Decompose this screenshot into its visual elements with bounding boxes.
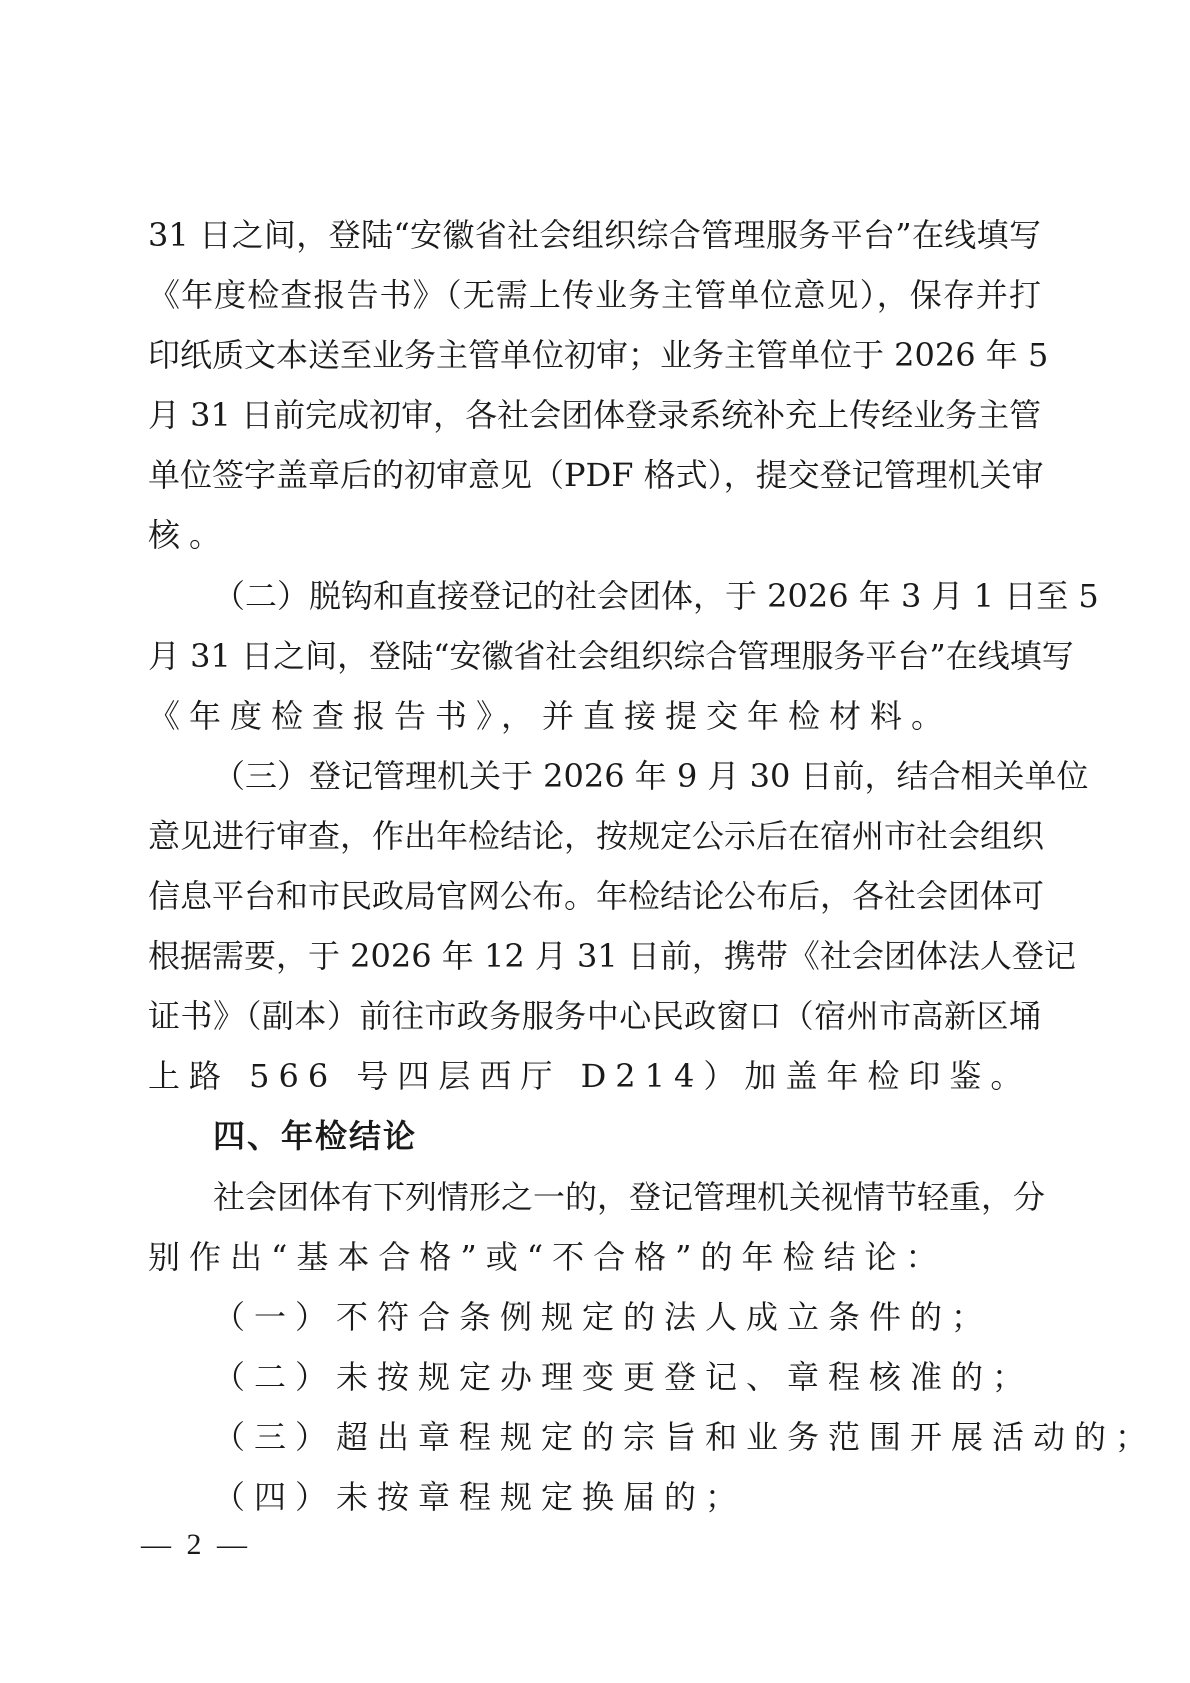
body-line: 别作出“基本合格”或“不合格”的年检结论： [148,1227,1041,1287]
list-item-1: （一）不符合条例规定的法人成立条件的； [148,1287,1041,1347]
body-line: 信息平台和市民政局官网公布。年检结论公布后，各社会团体可 [148,866,1041,926]
body-line: 核。 [148,505,1041,565]
list-item-3: （三）超出章程规定的宗旨和业务范围开展活动的； [148,1407,1041,1467]
body-line: 《年度检查报告书》，并直接提交年检材料。 [148,686,1041,746]
body-line: 31 日之间，登陆“安徽省社会组织综合管理服务平台”在线填写 [148,205,1041,265]
body-line: 月 31 日前完成初审，各社会团体登录系统补充上传经业务主管 [148,385,1041,445]
body-line: 印纸质文本送至业务主管单位初审；业务主管单位于 2026 年 5 [148,325,1041,385]
list-item-4: （四）未按章程规定换届的； [148,1467,1041,1527]
body-line: 证书》（副本）前往市政务服务中心民政窗口（宿州市高新区埇 [148,986,1041,1046]
body-line: 单位签字盖章后的初审意见（PDF 格式），提交登记管理机关审 [148,445,1041,505]
body-line: 月 31 日之间，登陆“安徽省社会组织综合管理服务平台”在线填写 [148,626,1041,686]
list-item-2: （二）未按规定办理变更登记、章程核准的； [148,1347,1041,1407]
document-page: 31 日之间，登陆“安徽省社会组织综合管理服务平台”在线填写 《年度检查报告书》… [148,205,1041,1527]
section-heading: 四、年检结论 [148,1106,1041,1166]
body-line: 《年度检查报告书》（无需上传业务主管单位意见），保存并打 [148,265,1041,325]
body-line: 意见进行审查，作出年检结论，按规定公示后在宿州市社会组织 [148,806,1041,866]
paragraph-item-3: （三）登记管理机关于 2026 年 9 月 30 日前，结合相关单位 [148,746,1041,806]
body-line: 社会团体有下列情形之一的，登记管理机关视情节轻重，分 [148,1167,1041,1227]
body-line: 上路 566 号四层西厅 D214）加盖年检印鉴。 [148,1046,1041,1106]
body-line: 根据需要，于 2026 年 12 月 31 日前，携带《社会团体法人登记 [148,926,1041,986]
page-number: — 2 — [141,1527,251,1563]
paragraph-item-2: （二）脱钩和直接登记的社会团体，于 2026 年 3 月 1 日至 5 [148,566,1041,626]
